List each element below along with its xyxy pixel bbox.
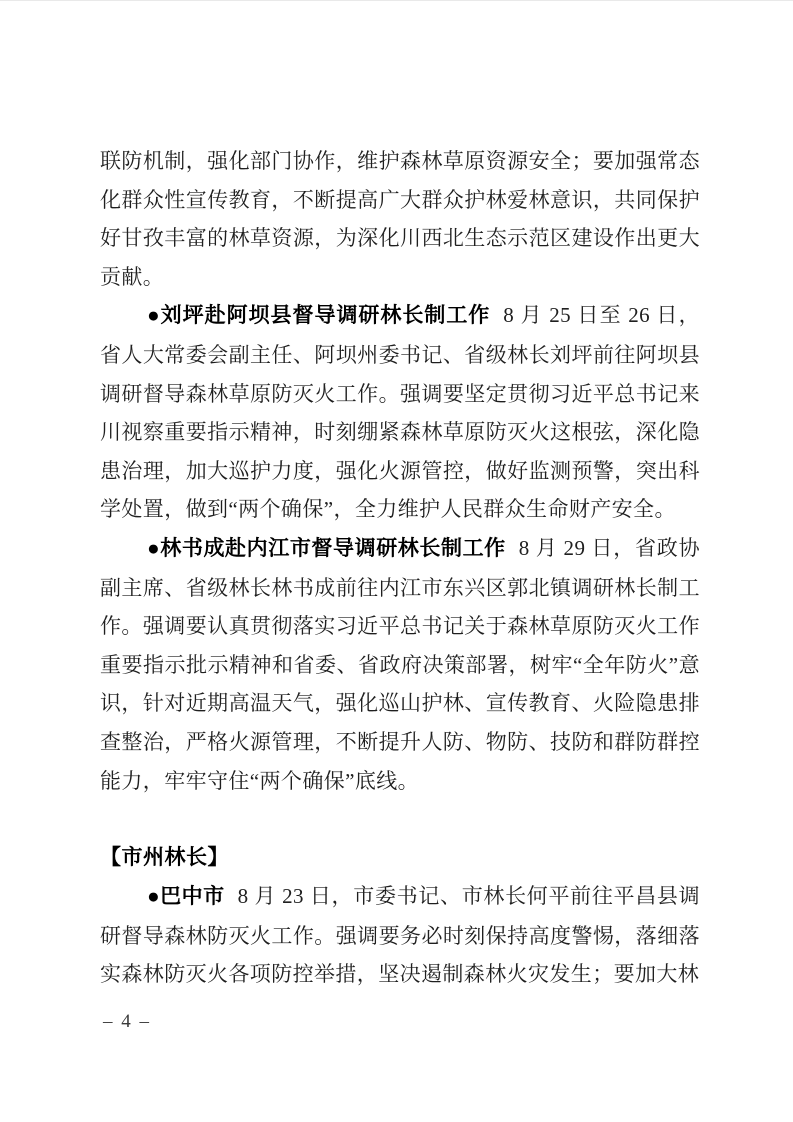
news-item-bazhong: ●巴中市8 月 23 日，市委书记、市林长何平前往平昌县调研督导森林防灭火工作。… [100,877,700,994]
page-number: – 4 – [103,1008,151,1036]
section-header-city-forest-chiefs: 【市州林长】 [100,839,700,878]
news-item-heading: ●刘坪赴阿坝县督导调研林长制工作 [147,304,490,327]
news-item-linshucheng-neijiang: ●林书成赴内江市督导调研林长制工作8 月 29 日，省政协副主席、省级林长林书成… [100,529,700,800]
news-item-liuping-aba: ●刘坪赴阿坝县督导调研林长制工作8 月 25 日至 26 日，省人大常委会副主任… [100,296,700,529]
document-page: 联防机制，强化部门协作，维护森林草原资源安全；要加强常态化群众性宣传教育，不断提… [0,0,793,1122]
news-item-body: 8 月 29 日，省政协副主席、省级林长林书成前往内江市东兴区郭北镇调研林长制工… [100,536,700,793]
news-item-body: 8 月 25 日至 26 日，省人大常委会副主任、阿坝州委书记、省级林长刘坪前往… [100,303,700,521]
news-item-heading: ●巴中市 [147,885,225,908]
body-paragraph-continuation: 联防机制，强化部门协作，维护森林草原资源安全；要加强常态化群众性宣传教育，不断提… [100,142,700,296]
news-item-heading: ●林书成赴内江市督导调研林长制工作 [147,537,506,560]
document-content: 联防机制，强化部门协作，维护森林草原资源安全；要加强常态化群众性宣传教育，不断提… [100,142,700,994]
